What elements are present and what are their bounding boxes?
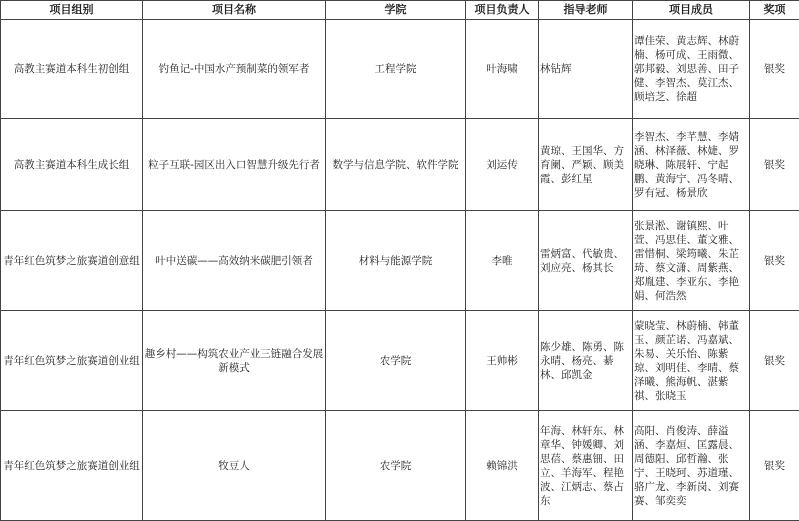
cell-advisors: 陈少雄、陈勇、陈永晴、杨亮、綦林、邱凯金 — [539, 311, 633, 411]
cell-group: 青年红色筑梦之旅赛道创业组 — [1, 411, 143, 521]
cell-members: 蒙晓莹、林蔚楠、韩董玉、颜芷诺、冯嘉斌、朱易、关乐怡、陈紫琼、刘明佳、李晴、蔡泽… — [633, 311, 750, 411]
cell-leader: 李唯 — [466, 211, 539, 311]
header-leader: 项目负责人 — [466, 1, 539, 20]
cell-leader: 王帅彬 — [466, 311, 539, 411]
cell-members: 谭佳荣、黄志辉、林蔚楠、杨可成、王雨微、郭邦毅、刘思善、田子健、李智杰、莫江杰、… — [633, 20, 750, 119]
cell-leader: 刘运传 — [466, 119, 539, 211]
table-row: 青年红色筑梦之旅赛道创业组 趣乡村——构筑农业产业三链融合发展新模式 农学院 王… — [1, 311, 799, 411]
cell-college: 工程学院 — [326, 20, 466, 119]
table-row: 高教主赛道本科生成长组 粒子互联-园区出入口智慧升级先行者 数学与信息学院、软件… — [1, 119, 799, 211]
table-row: 高教主赛道本科生初创组 钓鱼记-中国水产预制菜的领军者 工程学院 叶海啸 林钻辉… — [1, 20, 799, 119]
cell-award: 银奖 — [750, 311, 799, 411]
cell-group: 高教主赛道本科生成长组 — [1, 119, 143, 211]
cell-advisors: 年海、林轩东、林章华、钟媛卿、刘思蓓、蔡惠钿、田立、羊海军、程艳波、江炳志、蔡占… — [539, 411, 633, 521]
table-row: 青年红色筑梦之旅赛道创意组 叶中送碳——高效纳米碳肥引领者 材料与能源学院 李唯… — [1, 211, 799, 311]
cell-project-name: 趣乡村——构筑农业产业三链融合发展新模式 — [143, 311, 326, 411]
cell-award: 银奖 — [750, 411, 799, 521]
cell-college: 数学与信息学院、软件学院 — [326, 119, 466, 211]
table-row: 青年红色筑梦之旅赛道创业组 牧豆人 农学院 赖锦洪 年海、林轩东、林章华、钟媛卿… — [1, 411, 799, 521]
cell-advisors: 黄琼、王国华、方育阑、严颖、顾美霞、彭红星 — [539, 119, 633, 211]
cell-members: 李智杰、李芊慧、李婧涵、林泽薇、林婕、罗晓琳、陈展轩、宁起鹏、黄海宁、冯冬晴、罗… — [633, 119, 750, 211]
cell-college: 农学院 — [326, 411, 466, 521]
cell-group: 青年红色筑梦之旅赛道创业组 — [1, 311, 143, 411]
cell-advisors: 雷炳富、代敏贵、刘应亮、杨其长 — [539, 211, 633, 311]
header-project-name: 项目名称 — [143, 1, 326, 20]
cell-award: 银奖 — [750, 20, 799, 119]
cell-group: 青年红色筑梦之旅赛道创意组 — [1, 211, 143, 311]
header-members: 项目成员 — [633, 1, 750, 20]
header-advisors: 指导老师 — [539, 1, 633, 20]
header-college: 学院 — [326, 1, 466, 20]
cell-project-name: 钓鱼记-中国水产预制菜的领军者 — [143, 20, 326, 119]
cell-leader: 赖锦洪 — [466, 411, 539, 521]
header-group: 项目组别 — [1, 1, 143, 20]
cell-project-name: 牧豆人 — [143, 411, 326, 521]
cell-project-name: 粒子互联-园区出入口智慧升级先行者 — [143, 119, 326, 211]
cell-award: 银奖 — [750, 211, 799, 311]
cell-college: 农学院 — [326, 311, 466, 411]
cell-group: 高教主赛道本科生初创组 — [1, 20, 143, 119]
cell-leader: 叶海啸 — [466, 20, 539, 119]
cell-award: 银奖 — [750, 119, 799, 211]
header-row: 项目组别 项目名称 学院 项目负责人 指导老师 项目成员 奖项 — [1, 1, 799, 20]
cell-advisors: 林钻辉 — [539, 20, 633, 119]
cell-college: 材料与能源学院 — [326, 211, 466, 311]
cell-members: 高阳、肖俊涛、薛溢涵、李嘉烜、匡露晨、周德阳、邱哲瀚、张宁、王晓珂、苏道瑾、骆广… — [633, 411, 750, 521]
cell-members: 张景淞、谢镇熙、叶萱、冯思佳、董文雅、雷惜桐、梁筠曦、朱芷琦、蔡文潇、周紫燕、郑… — [633, 211, 750, 311]
header-award: 奖项 — [750, 1, 799, 20]
awards-table: 项目组别 项目名称 学院 项目负责人 指导老师 项目成员 奖项 高教主赛道本科生… — [0, 0, 799, 521]
cell-project-name: 叶中送碳——高效纳米碳肥引领者 — [143, 211, 326, 311]
